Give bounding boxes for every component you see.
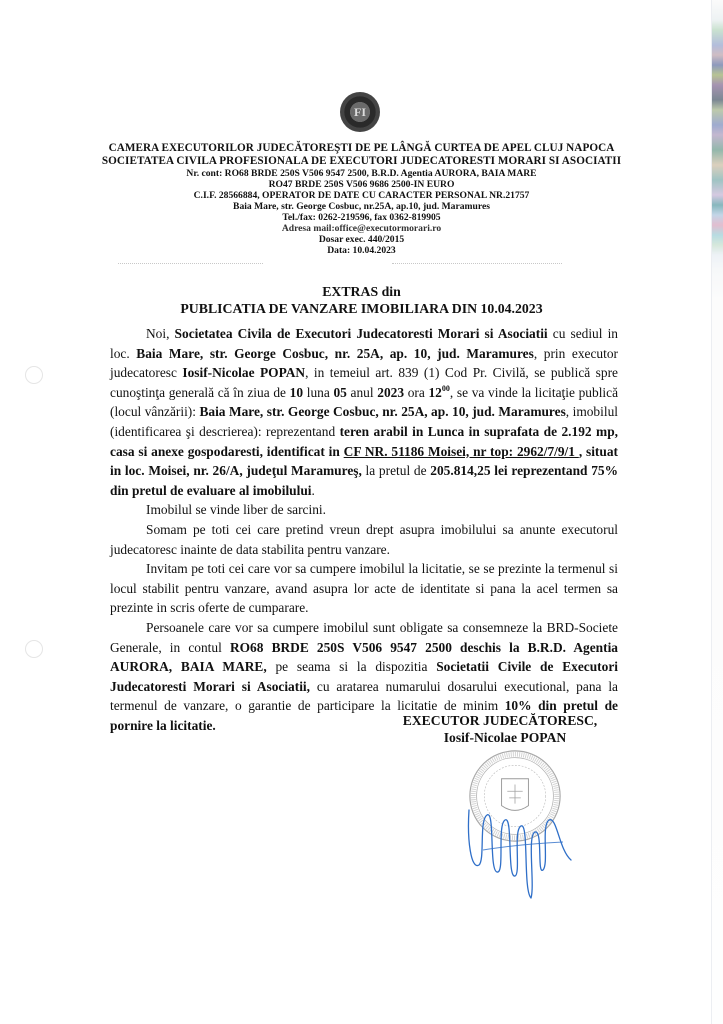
document-title: EXTRAS din PUBLICATIA DE VANZARE IMOBILI…	[0, 283, 723, 317]
signatory-name: Iosif-Nicolae POPAN	[370, 729, 630, 746]
letterhead: CAMERA EXECUTORILOR JUDECĂTOREŞTI DE PE …	[0, 142, 723, 256]
paragraph-sale-notice: Noi, Societatea Civila de Executori Jude…	[110, 324, 618, 500]
letterhead-account-ron: Nr. cont: RO68 BRDE 250S V506 9547 2500,…	[0, 168, 723, 179]
text: anul	[347, 385, 377, 400]
letterhead-company: SOCIETATEA CIVILA PROFESIONALA DE EXECUT…	[0, 155, 723, 168]
text: luna	[303, 385, 333, 400]
paragraph-encumbrance: Imobilul se vinde liber de sarcini.	[110, 500, 618, 520]
text: la pretul de	[362, 463, 430, 478]
handwritten-signature-icon	[465, 790, 575, 900]
logo-monogram: FI	[354, 105, 366, 120]
sale-hour: 12	[428, 385, 441, 400]
sale-price: 205.814,25 lei	[430, 463, 507, 478]
chamber-seal-logo: FI	[340, 92, 380, 132]
text: ora	[404, 385, 428, 400]
company-address: Baia Mare, str. George Cosbuc, nr. 25A, …	[136, 346, 534, 361]
paragraph-summons: Somam pe toti cei care pretind vreun dre…	[110, 520, 618, 559]
letterhead-cif: C.I.F. 28566884, OPERATOR DE DATE CU CAR…	[0, 190, 723, 201]
sale-minutes: 00	[442, 384, 450, 393]
signatory-role: EXECUTOR JUDECĂTORESC,	[370, 712, 630, 729]
letterhead-address: Baia Mare, str. George Cosbuc, nr.25A, a…	[0, 201, 723, 212]
case-number: Dosar exec. 440/2015	[0, 234, 723, 245]
text: Noi,	[146, 326, 175, 341]
text: .	[312, 483, 315, 498]
document-date: Data: 10.04.2023	[0, 245, 723, 256]
document-body: Noi, Societatea Civila de Executori Jude…	[110, 324, 618, 735]
sale-year: 2023	[377, 385, 404, 400]
land-registry-reference: CF NR. 51186 Moisei, nr top: 2962/7/9/1	[344, 444, 579, 459]
text: pe seama si la dispozitia	[267, 659, 436, 674]
letterhead-email: Adresa mail:office@executormorari.ro	[0, 223, 723, 234]
signature-block: EXECUTOR JUDECĂTORESC, Iosif-Nicolae POP…	[370, 712, 630, 746]
paragraph-invitation: Invitam pe toti cei care vor sa cumpere …	[110, 559, 618, 618]
punch-hole-mark	[25, 366, 43, 384]
divider	[392, 263, 562, 265]
letterhead-phone: Tel./fax: 0262-219596, fax 0362-819905	[0, 212, 723, 223]
divider	[118, 263, 263, 265]
sale-location: Baia Mare, str. George Cosbuc, nr. 25A, …	[199, 404, 565, 419]
letterhead-account-eur: RO47 BRDE 250S V506 9686 2500-IN EURO	[0, 179, 723, 190]
sale-month: 05	[333, 385, 346, 400]
title-line-1: EXTRAS din	[0, 283, 723, 300]
sale-day: 10	[290, 385, 303, 400]
executor-name: Iosif-Nicolae POPAN	[182, 365, 305, 380]
company-name: Societatea Civila de Executori Judecator…	[175, 326, 548, 341]
letterhead-chamber: CAMERA EXECUTORILOR JUDECĂTOREŞTI DE PE …	[0, 142, 723, 155]
punch-hole-mark	[25, 640, 43, 658]
title-line-2: PUBLICATIA DE VANZARE IMOBILIARA DIN 10.…	[0, 300, 723, 317]
